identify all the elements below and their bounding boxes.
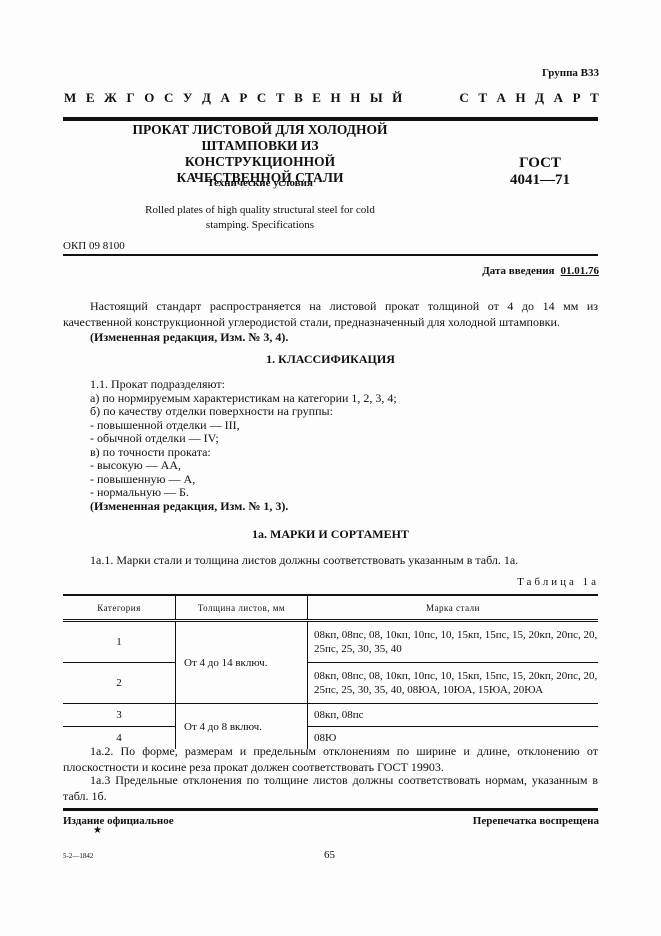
heading-letter: Ж <box>104 90 117 106</box>
section-1-amendment: (Измененная редакция, Изм. № 1, 3). <box>90 500 397 514</box>
reprint-prohibited-label: Перепечатка воспрещена <box>473 815 599 827</box>
document-subtitle: Технические условия <box>130 177 390 189</box>
group-code: Группа В33 <box>542 67 599 79</box>
heading-letter: Й <box>392 90 402 106</box>
header-thickness: Толщина листов, мм <box>176 595 308 621</box>
list-item: - повышенной отделки — III, <box>90 419 397 433</box>
heading-letter: Г <box>126 90 134 106</box>
list-item: - повышенную — А, <box>90 473 397 487</box>
section-1a-heading: 1а. МАРКИ И СОРТАМЕНТ <box>63 527 598 542</box>
list-item: - высокую — АА, <box>90 459 397 473</box>
heading-letter: Т <box>276 90 285 106</box>
heading-letter: Е <box>86 90 95 106</box>
heading-letter: С <box>164 90 173 106</box>
heading-letter: С <box>459 90 468 106</box>
heading-letter: Д <box>202 90 211 106</box>
steel-grades-table: Категория Толщина листов, мм Марка стали… <box>63 594 598 749</box>
interstate-standard-heading: МЕЖГОСУДАРСТВЕННЫЙСТАНДАРТ <box>64 90 599 106</box>
paragraph-1a1: 1а.1. Марки стали и толщина листов должн… <box>90 553 518 568</box>
intro-date-value: 01.01.76 <box>561 265 600 277</box>
english-title: Rolled plates of high quality structural… <box>130 203 390 233</box>
gost-designation: ГОСТ 4041—71 <box>505 155 575 189</box>
table-label: Таблица 1а <box>517 576 599 588</box>
heading-letter: Р <box>239 90 247 106</box>
heading-letter: Т <box>478 90 487 106</box>
cell-grades: 08кп, 08пс, 08, 10кп, 10пс, 10, 15кп, 15… <box>308 663 599 704</box>
heading-letter: В <box>294 90 303 106</box>
cell-category: 2 <box>63 663 176 704</box>
gost-label: ГОСТ <box>505 155 575 172</box>
heading-letter: М <box>64 90 76 106</box>
heading-letter: Т <box>590 90 599 106</box>
official-edition-label: Издание официальное <box>63 815 174 827</box>
star-icon: ★ <box>93 825 102 836</box>
table-row: 2 08кп, 08пс, 08, 10кп, 10пс, 10, 15кп, … <box>63 663 598 704</box>
heading-letter: А <box>497 90 506 106</box>
heading-letter: Н <box>331 90 341 106</box>
header-rule <box>63 117 598 121</box>
title-line: ШТАМПОВКИ ИЗ КОНСТРУКЦИОННОЙ <box>130 138 390 170</box>
cell-thickness: От 4 до 14 включ. <box>176 621 308 704</box>
english-title-line: stamping. Specifications <box>130 218 390 233</box>
heading-letter: Д <box>535 90 544 106</box>
list-item: в) по точности проката: <box>90 446 397 460</box>
heading-letter: Р <box>573 90 581 106</box>
list-item: - обычной отделки — IV; <box>90 432 397 446</box>
intro-date-label: Дата введения <box>482 265 554 277</box>
cell-grades: 08кп, 08пс <box>308 704 599 727</box>
footer-rule <box>63 808 598 811</box>
okp-code: ОКП 09 8100 <box>63 240 125 252</box>
title-line: ПРОКАТ ЛИСТОВОЙ ДЛЯ ХОЛОДНОЙ <box>130 122 390 138</box>
list-item: а) по нормируемым характеристикам на кат… <box>90 392 397 406</box>
cell-grades: 08кп, 08пс, 08, 10кп, 10пс, 10, 15кп, 15… <box>308 621 599 663</box>
page-number: 65 <box>324 849 335 861</box>
heading-letter: С <box>257 90 266 106</box>
list-item: б) по качеству отделки поверхности на гр… <box>90 405 397 419</box>
heading-letter: О <box>144 90 154 106</box>
classification-list: 1.1. Прокат подразделяют: а) по нормируе… <box>90 378 397 513</box>
paragraph-1a3: 1а.3 Предельные отклонения по толщине ли… <box>63 772 598 804</box>
cell-category: 1 <box>63 621 176 663</box>
heading-letter: Е <box>312 90 321 106</box>
print-code: 5-2—1842 <box>63 852 93 860</box>
word-gap <box>412 90 450 106</box>
table-row: 3 От 4 до 8 включ. 08кп, 08пс <box>63 704 598 727</box>
paragraph-1a2: 1а.2. По форме, размерам и предельным от… <box>63 743 598 775</box>
heading-letter: У <box>183 90 193 106</box>
list-item: 1.1. Прокат подразделяют: <box>90 378 397 392</box>
cell-category: 3 <box>63 704 176 727</box>
gost-number: 4041—71 <box>505 172 575 189</box>
table-header-row: Категория Толщина листов, мм Марка стали <box>63 595 598 621</box>
intro-date: Дата введения01.01.76 <box>482 265 599 277</box>
header-category: Категория <box>63 595 176 621</box>
heading-letter: Н <box>350 90 360 106</box>
section-1-heading: 1. КЛАССИФИКАЦИЯ <box>63 352 598 367</box>
heading-letter: Ы <box>370 90 383 106</box>
intro-paragraph: Настоящий стандарт распространяется на л… <box>63 298 598 330</box>
heading-letter: Н <box>515 90 525 106</box>
heading-letter: А <box>220 90 229 106</box>
table-row: 1 От 4 до 14 включ. 08кп, 08пс, 08, 10кп… <box>63 621 598 663</box>
intro-amendment: (Измененная редакция, Изм. № 3, 4). <box>90 330 288 345</box>
header-grade: Марка стали <box>308 595 599 621</box>
okp-rule <box>63 254 598 256</box>
list-item: - нормальную — Б. <box>90 486 397 500</box>
english-title-line: Rolled plates of high quality structural… <box>130 203 390 218</box>
heading-letter: А <box>554 90 563 106</box>
